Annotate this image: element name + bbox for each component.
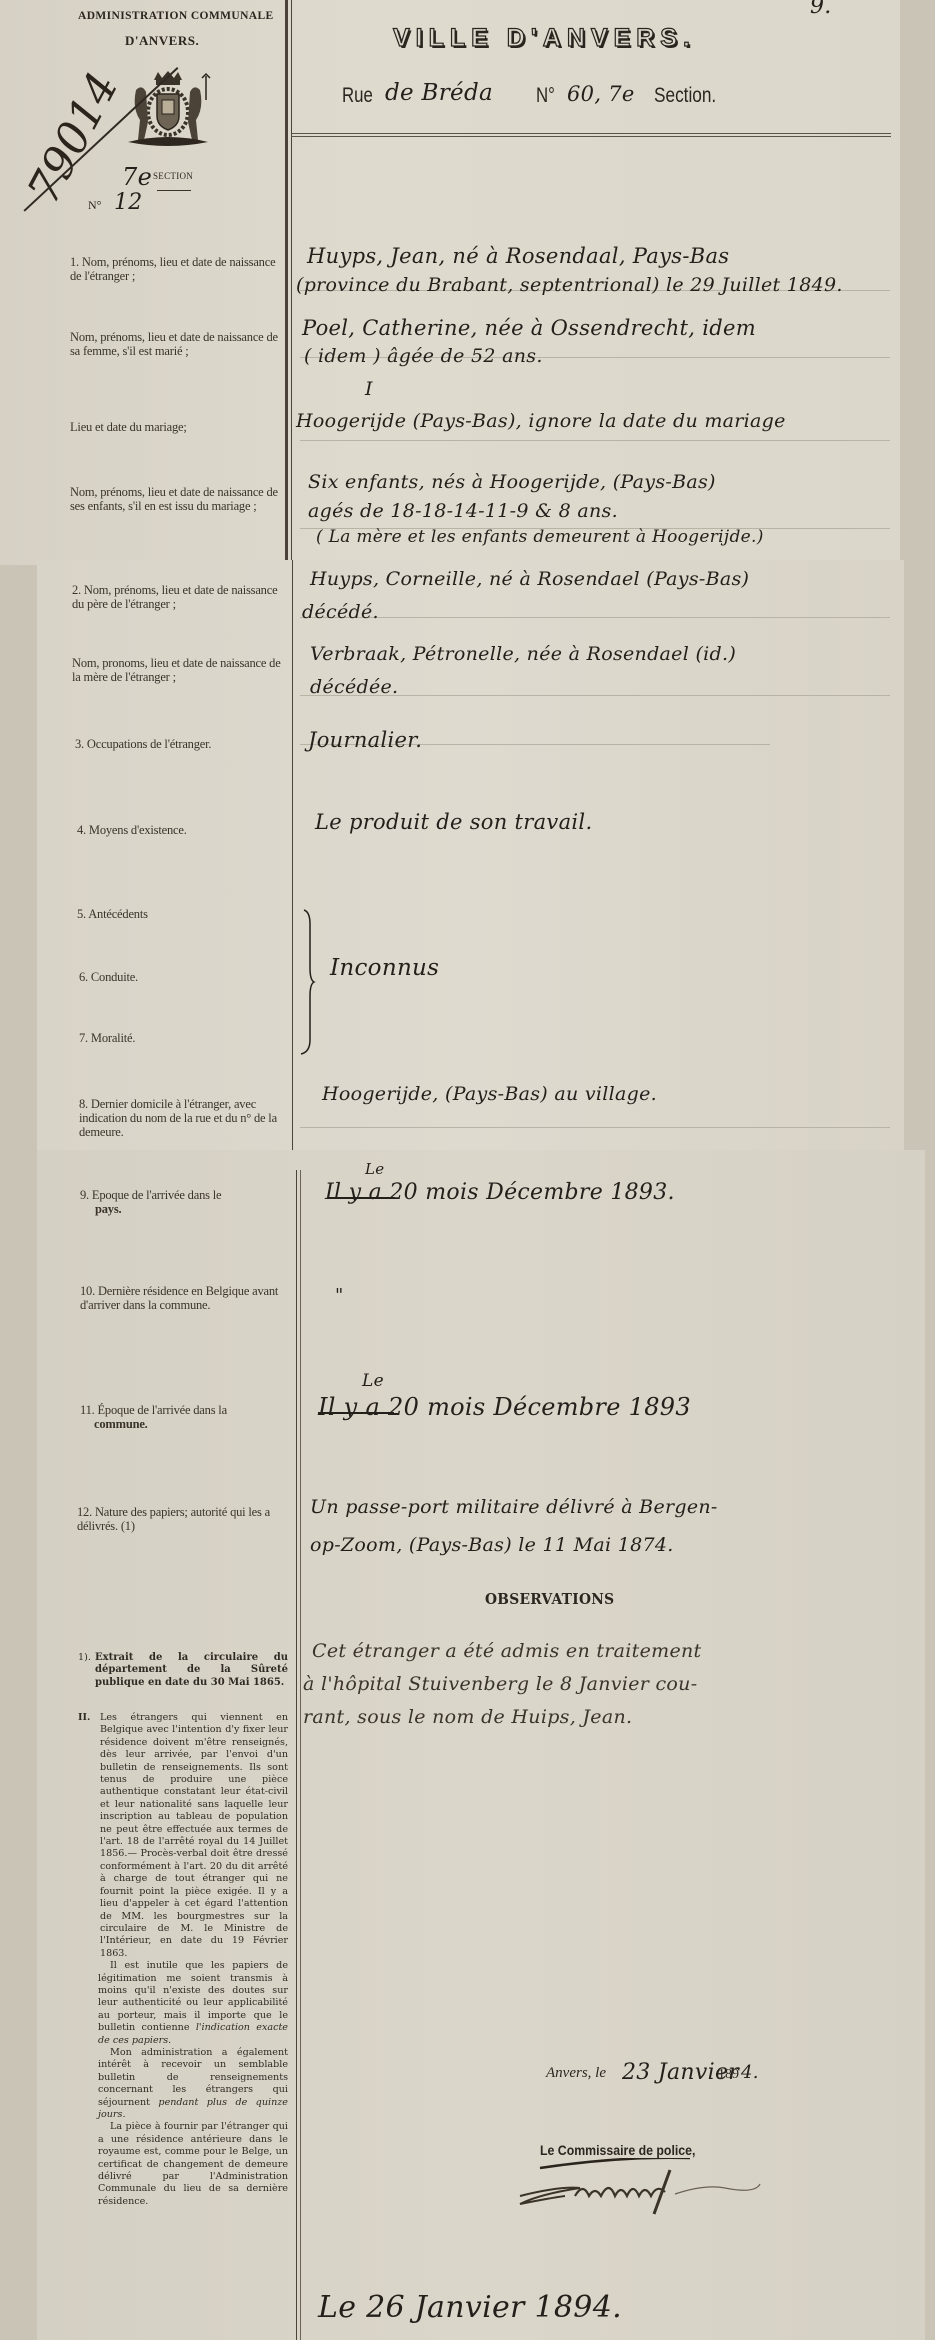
- field-label-2: 2. Nom, prénoms, lieu et date de naissan…: [72, 583, 284, 611]
- field-label-children: Nom, prénoms, lieu et date de naissance …: [70, 485, 282, 513]
- brace-icon: [298, 908, 316, 1056]
- field-value-12-line2: op-Zoom, (Pays-Bas) le 11 Mai 1874.: [310, 1534, 674, 1556]
- field-value-wife-line2: ( idem ) âgée de 52 ans.: [304, 345, 543, 367]
- section-suffix: Section.: [654, 84, 716, 108]
- field-value-children-line1: Six enfants, nés à Hoogerijde, (Pays-Bas…: [308, 471, 716, 493]
- footnote-body: II. Les étrangers qui viennent en Belgiq…: [78, 1712, 288, 2208]
- field-value-marriage: Hoogerijde (Pays-Bas), ignore la date du…: [296, 410, 786, 432]
- closing-year-handwritten: 4.: [741, 2062, 759, 2083]
- number-label: N°: [88, 198, 101, 213]
- field-label-3: 3. Occupations de l'étranger.: [75, 737, 285, 751]
- field-label-12: 12. Nature des papiers; autorité qui les…: [77, 1505, 287, 1533]
- closing-year-printed: 189: [718, 2067, 739, 2083]
- footnote-paragraph-1: Les étrangers qui viennent en Belgique a…: [100, 1712, 288, 1960]
- field-value-9: Il y a 20 mois Décembre 1893.: [325, 1180, 675, 1205]
- footnote-heading: 1). Extrait de la circulaire du départem…: [78, 1652, 288, 1689]
- field-11-correction: Le: [362, 1371, 384, 1391]
- column-divider-inner: [291, 0, 292, 560]
- signature-icon: [500, 2158, 765, 2218]
- field-value-4: Le produit de son travail.: [315, 810, 592, 834]
- field-label-1: 1. Nom, prénoms, lieu et date de naissan…: [70, 255, 280, 283]
- corner-mark: 9.: [810, 0, 832, 19]
- field-label-6: 6. Conduite.: [79, 970, 289, 984]
- field-value-11: Il y a 20 mois Décembre 1893: [318, 1393, 691, 1421]
- field-value-12-line1: Un passe-port militaire délivré à Bergen…: [310, 1496, 718, 1518]
- column-divider: [292, 560, 293, 1150]
- house-number-value: 60, 7e: [567, 82, 635, 106]
- field-label-5: 5. Antécédents: [77, 907, 287, 921]
- admin-title-line2: D'ANVERS.: [125, 33, 199, 49]
- field-label-7: 7. Moralité.: [79, 1031, 289, 1045]
- commissioner-label: Le Commissaire de police,: [540, 2142, 695, 2158]
- field-value-children-line3: ( La mère et les enfants demeurent à Hoo…: [316, 527, 764, 547]
- house-number-label: N°: [536, 84, 555, 108]
- field-9-correction: Le: [365, 1160, 384, 1178]
- field-value-2-line1: Huyps, Corneille, né à Rosendael (Pays-B…: [310, 568, 749, 590]
- field-label-11: 11. Époque de l'arrivée dans la commune.: [80, 1403, 292, 1431]
- field-value-5-7: Inconnus: [330, 955, 439, 981]
- observations-line2: à l'hôpital Stuivenberg le 8 Janvier cou…: [303, 1673, 697, 1695]
- street-prefix: Rue: [342, 84, 373, 108]
- field-value-10: ": [335, 1285, 344, 1306]
- field-value-mother-line2: décédée.: [310, 676, 398, 698]
- footnote-paragraph-3: Mon administration a également intérêt à…: [98, 2047, 288, 2121]
- observations-title: OBSERVATIONS: [485, 1590, 614, 1608]
- field-value-3: Journalier.: [308, 728, 422, 752]
- column-divider: [285, 0, 288, 560]
- observations-line3: rant, sous le nom de Huips, Jean.: [303, 1706, 632, 1728]
- field-label-10: 10. Dernière résidence en Belgique avant…: [80, 1284, 290, 1312]
- field-label-wife: Nom, prénoms, lieu et date de naissance …: [70, 330, 280, 358]
- field-label-marriage: Lieu et date du mariage;: [70, 420, 280, 434]
- field-label-4: 4. Moyens d'existence.: [77, 823, 287, 837]
- strike-through: [318, 1412, 394, 1414]
- number-value: 12: [114, 190, 143, 215]
- bottom-date: Le 26 Janvier 1894.: [318, 2290, 622, 2325]
- field-label-mother: Nom, pronoms, lieu et date de naissance …: [72, 656, 284, 684]
- admin-title-line1: ADMINISTRATION COMMUNALE: [78, 10, 274, 22]
- footnote-paragraph-4: La pièce à fournir par l'étranger qui a …: [98, 2121, 288, 2208]
- strike-through: [327, 1197, 395, 1199]
- margin-mark: I: [365, 378, 373, 400]
- place-prefix: Anvers, le: [546, 2065, 606, 2082]
- field-value-children-line2: agés de 18-18-14-11-9 & 8 ans.: [308, 500, 618, 522]
- footnote-paragraph-2: Il est inutile que les papiers de légiti…: [98, 1960, 288, 2047]
- street-value: de Bréda: [385, 80, 493, 106]
- section-value: 7e: [122, 163, 152, 191]
- header-rule: [291, 133, 891, 137]
- field-value-wife-line1: Poel, Catherine, née à Ossendrecht, idem: [302, 316, 756, 340]
- coat-of-arms-icon: [122, 70, 214, 150]
- field-label-9: 9. Epoque de l'arrivée dans le pays.: [80, 1188, 292, 1216]
- section-label: SECTION: [153, 171, 193, 181]
- field-value-mother-line1: Verbraak, Pétronelle, née à Rosendael (i…: [310, 643, 736, 665]
- field-value-8: Hoogerijde, (Pays-Bas) au village.: [322, 1083, 657, 1105]
- column-divider: [296, 1170, 297, 2340]
- field-value-2-line2: décédé.: [302, 601, 379, 623]
- field-label-8: 8. Dernier domicile à l'étranger, avec i…: [79, 1097, 289, 1139]
- city-title: VILLE D'ANVERS.: [393, 24, 696, 53]
- field-value-1-line1: Huyps, Jean, né à Rosendaal, Pays-Bas: [307, 244, 729, 268]
- field-value-1-line2: (province du Brabant, septentrional) le …: [296, 274, 843, 296]
- observations-line1: Cet étranger a été admis en traitement: [312, 1640, 701, 1662]
- column-divider-inner: [300, 1170, 301, 2340]
